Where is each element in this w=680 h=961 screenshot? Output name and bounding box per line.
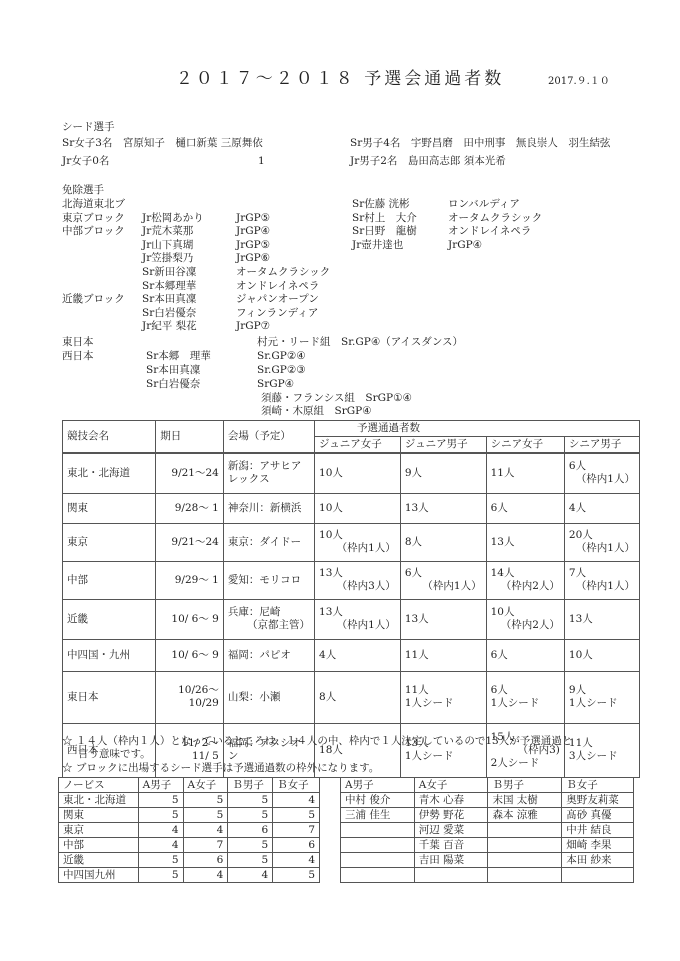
document-date: 2017.９.１０ — [548, 72, 610, 87]
region-cell: ノービス — [59, 778, 139, 793]
header-dates: 期日 — [156, 421, 224, 454]
count-cell: A男子 — [138, 778, 183, 793]
header-venue: 会場（予定） — [223, 421, 314, 454]
header-jr-men: ジュニア男子 — [400, 437, 486, 454]
count-cell: 5 — [138, 853, 183, 868]
sr-women-cell: 6人1人シード — [486, 671, 564, 723]
venue-cell: 兵庫：尼崎（京都主管） — [223, 599, 314, 639]
exempt-event: JrGP⑤ — [236, 212, 270, 226]
seed-name-cell: 中井 結良 — [562, 823, 634, 838]
exempt-heading: 免除選手 — [62, 184, 104, 198]
sr-women-cell: 13人 — [486, 523, 564, 561]
table-row: 中四国・九州10/ 6～ 9福岡：パピオ4人11人6人10人 — [63, 639, 640, 671]
jr-women-cell: 8人 — [315, 671, 401, 723]
seed-name-cell: 本田 紗来 — [562, 853, 634, 868]
jr-men-cell: 13人 — [400, 493, 486, 523]
exempt-name: Sr村上 大介 — [352, 212, 417, 226]
exempt-event: SrGP④ — [257, 378, 294, 392]
jr-men-cell: 11人1人シード — [400, 671, 486, 723]
exempt-name: Jr紀平 梨花 — [142, 320, 197, 334]
exempt-name: Jr荒木菜那 — [142, 225, 193, 239]
exempt-event: JrGP⑥ — [236, 252, 270, 266]
count-cell: 4 — [273, 793, 320, 808]
jr-men-cell: 11人 — [400, 639, 486, 671]
jr-men-cell: 8人 — [400, 523, 486, 561]
region-cell: 近畿 — [59, 853, 139, 868]
region-cell: 中四国九州 — [59, 868, 139, 883]
count-cell: 4 — [183, 823, 228, 838]
seed-name-cell: Ｂ女子 — [562, 778, 634, 793]
jr-women-cell: 13人（枠内3人） — [315, 561, 401, 599]
competition-cell: 中四国・九州 — [63, 639, 156, 671]
exempt-event: JrGP④ — [236, 225, 270, 239]
exempt-event: Sr.GP②④ — [257, 350, 306, 364]
exempt-event: JrGP⑤ — [236, 239, 270, 253]
count-cell: 6 — [273, 838, 320, 853]
novice-table: ノービスA男子A女子Ｂ男子Ｂ女子東北・北海道5554関東5555東京4467中部… — [58, 777, 320, 883]
exempt-block: 中部ブロック — [62, 225, 125, 239]
table-row — [341, 868, 634, 883]
exempt-name: Sr日野 龍樹 — [352, 225, 417, 239]
sr-women-cell: 11人 — [486, 453, 564, 493]
venue-cell: 神奈川：新横浜 — [223, 493, 314, 523]
seed-name-cell — [414, 868, 488, 883]
seed-name-cell — [488, 868, 562, 883]
seed-name-cell: 三浦 佳生 — [341, 808, 415, 823]
count-cell: 5 — [138, 793, 183, 808]
competition-cell: 東京 — [63, 523, 156, 561]
competition-cell: 関東 — [63, 493, 156, 523]
seeded-jr-women-extra: 1 — [258, 155, 265, 169]
count-cell: Ｂ女子 — [273, 778, 320, 793]
count-cell: 4 — [273, 853, 320, 868]
sr-men-cell: 10人 — [564, 639, 639, 671]
seed-name-cell: 青木 心春 — [414, 793, 488, 808]
exempt-pair: 須藤・フランシス組 SrGP①④ — [261, 392, 412, 406]
jr-women-cell: 4人 — [315, 639, 401, 671]
count-cell: 5 — [183, 793, 228, 808]
count-cell: 5 — [138, 868, 183, 883]
dates-cell: 10/ 6～ 9 — [156, 639, 224, 671]
table-row: 中村 俊介青木 心春末国 太樹奥野友莉菜 — [341, 793, 634, 808]
seed-name-cell — [341, 853, 415, 868]
count-cell: 5 — [138, 808, 183, 823]
exempt-name: Jr山下真瑚 — [142, 239, 193, 253]
exempt-west-label: 西日本 — [62, 350, 94, 364]
sr-men-cell: 4人 — [564, 493, 639, 523]
header-qualifiers: 予選通過者数 — [315, 421, 640, 437]
seed-name-cell — [488, 853, 562, 868]
exempt-name: Sr本田真凜 — [142, 293, 196, 307]
seeds-header-row: A男子A女子Ｂ男子Ｂ女子 — [341, 778, 634, 793]
count-cell: 6 — [228, 823, 273, 838]
note-1-cont: 言う意味です。 — [78, 746, 151, 761]
venue-cell: 愛知：モリコロ — [223, 561, 314, 599]
venue-cell: 東京：ダイドー — [223, 523, 314, 561]
exempt-name: Sr本郷理華 — [142, 280, 196, 294]
dates-cell: 9/21～24 — [156, 523, 224, 561]
table-row: 河辺 愛菜中井 結良 — [341, 823, 634, 838]
competition-cell: 近畿 — [63, 599, 156, 639]
exempt-right-list: Sr佐藤 洸彬 ロンバルディア Sr村上 大介 オータムクラシック Sr日野 龍… — [352, 198, 592, 254]
seed-name-cell — [488, 823, 562, 838]
table-row: 千葉 百音畑崎 李果 — [341, 838, 634, 853]
table-row: 東日本10/26～10/29山梨：小瀬8人11人1人シード6人1人シード9人1人… — [63, 671, 640, 723]
novice-header-row: ノービスA男子A女子Ｂ男子Ｂ女子 — [59, 778, 320, 793]
count-cell: 4 — [138, 838, 183, 853]
seed-name-cell — [341, 868, 415, 883]
count-cell: 6 — [183, 853, 228, 868]
jr-women-cell: 10人 — [315, 493, 401, 523]
seed-name-cell: 森本 涼雅 — [488, 808, 562, 823]
count-cell: 5 — [228, 853, 273, 868]
jr-men-cell: 9人 — [400, 453, 486, 493]
jr-women-cell: 10人（枠内1人） — [315, 523, 401, 561]
seeded-jr-men: Jr男子2名 島田高志郎 須本光希 — [350, 155, 506, 169]
exempt-pair: 須崎・木原組 SrGP④ — [261, 405, 372, 419]
dates-cell: 10/26～10/29 — [156, 671, 224, 723]
table-row: 中部4756 — [59, 838, 320, 853]
exempt-east-text: 村元・リード組 Sr.GP④（アイスダンス） — [257, 336, 463, 350]
seed-name-cell: 伊勢 野花 — [414, 808, 488, 823]
dates-cell: 9/28～ 1 — [156, 493, 224, 523]
note-2: ☆ ブロックに出場するシード選手は予選通過数の枠外になります。 — [62, 760, 379, 775]
sr-women-cell: 10人（枠内2人） — [486, 599, 564, 639]
exempt-name: Jr松岡あかり — [142, 212, 204, 226]
seed-name-cell: 髙砂 真優 — [562, 808, 634, 823]
exempt-name: Sr本郷 理華 — [146, 350, 211, 364]
seed-name-cell: A女子 — [414, 778, 488, 793]
table-row: 東北・北海道5554 — [59, 793, 320, 808]
jr-men-cell: 6人（枠内1人） — [400, 561, 486, 599]
exempt-east-label: 東日本 — [62, 336, 94, 350]
exempt-left-list: 北海道東北ブ 東京ブロック Jr松岡あかり JrGP⑤ 中部ブロック Jr荒木菜… — [62, 198, 332, 334]
exempt-event: Sr.GP②③ — [257, 364, 306, 378]
count-cell: 5 — [228, 793, 273, 808]
count-cell: 4 — [138, 823, 183, 838]
exempt-name: Sr白岩優奈 — [142, 307, 196, 321]
sr-men-cell: 9人1人シード — [564, 671, 639, 723]
exempt-block: 東京ブロック — [62, 212, 125, 226]
table-row: 中部9/29～ 1愛知：モリコロ13人（枠内3人）6人（枠内1人）14人（枠内2… — [63, 561, 640, 599]
header-competition: 競技会名 — [63, 421, 156, 454]
seed-name-cell: 河辺 愛菜 — [414, 823, 488, 838]
seed-name-cell: 奥野友莉菜 — [562, 793, 634, 808]
venue-cell: 福岡：パピオ — [223, 639, 314, 671]
seed-name-cell — [341, 838, 415, 853]
table-row: 近畿10/ 6～ 9兵庫：尼崎（京都主管）13人（枠内1人）13人10人（枠内2… — [63, 599, 640, 639]
table-row: 三浦 佳生伊勢 野花森本 涼雅髙砂 真優 — [341, 808, 634, 823]
exempt-event: オータムクラシック — [236, 266, 330, 280]
sr-men-cell: 6人（枠内1人） — [564, 453, 639, 493]
exempt-block: 北海道東北ブ — [62, 198, 125, 212]
venue-cell: 山梨：小瀬 — [223, 671, 314, 723]
seed-name-cell: 畑崎 李果 — [562, 838, 634, 853]
jr-men-cell: 13人1人シード — [400, 723, 486, 777]
header-jr-women: ジュニア女子 — [315, 437, 401, 454]
count-cell: 5 — [273, 868, 320, 883]
table-row: 東京9/21～24東京：ダイドー10人（枠内1人）8人13人20人（枠内1人） — [63, 523, 640, 561]
seed-name-cell: A男子 — [341, 778, 415, 793]
table-row: 中四国九州5445 — [59, 868, 320, 883]
seed-name-cell — [341, 823, 415, 838]
count-cell: 4 — [183, 868, 228, 883]
sr-women-cell: 6人 — [486, 493, 564, 523]
dates-cell: 10/ 6～ 9 — [156, 599, 224, 639]
competition-cell: 東北・北海道 — [63, 453, 156, 493]
dates-cell: 9/29～ 1 — [156, 561, 224, 599]
exempt-event: ジャパンオープン — [236, 293, 319, 307]
seeded-sr-men: Sr男子4名 宇野昌磨 田中刑事 無良崇人 羽生結弦 — [350, 137, 610, 151]
table-row: 東京4467 — [59, 823, 320, 838]
region-cell: 東京 — [59, 823, 139, 838]
seed-name-cell: 末国 太樹 — [488, 793, 562, 808]
sr-men-cell: 13人 — [564, 599, 639, 639]
exempt-event: オータムクラシック — [448, 212, 542, 226]
dates-cell: 9/21～24 — [156, 453, 224, 493]
exempt-name: Sr佐藤 洸彬 — [352, 198, 410, 212]
table-row: 吉田 陽菜本田 紗来 — [341, 853, 634, 868]
exempt-event: オンドレイネペラ — [236, 280, 319, 294]
exempt-event: オンドレイネペラ — [448, 225, 531, 239]
region-cell: 関東 — [59, 808, 139, 823]
sr-men-cell: 7人（枠内1人） — [564, 561, 639, 599]
qualifiers-table: 競技会名 期日 会場（予定） 予選通過者数 ジュニア女子 ジュニア男子 シニア女… — [62, 420, 640, 778]
jr-women-cell: 13人（枠内1人） — [315, 599, 401, 639]
exempt-name: Sr新田谷凜 — [142, 266, 196, 280]
region-cell: 中部 — [59, 838, 139, 853]
exempt-event: JrGP⑦ — [236, 320, 270, 334]
count-cell: 5 — [228, 838, 273, 853]
seed-name-cell: Ｂ男子 — [488, 778, 562, 793]
count-cell: 5 — [273, 808, 320, 823]
seed-name-cell — [562, 868, 634, 883]
table-row: 関東5555 — [59, 808, 320, 823]
header-sr-men: シニア男子 — [564, 437, 639, 454]
competition-cell: 東日本 — [63, 671, 156, 723]
count-cell: 4 — [228, 868, 273, 883]
count-cell: 7 — [273, 823, 320, 838]
seed-name-cell — [488, 838, 562, 853]
seeded-jr-women: Jr女子0名 — [62, 155, 109, 169]
sr-women-cell: 15人（枠内3)2人シード — [486, 723, 564, 777]
count-cell: A女子 — [183, 778, 228, 793]
table-row: 東北・北海道9/21～24新潟：アサヒアレックス10人9人11人6人（枠内1人） — [63, 453, 640, 493]
exempt-event: ロンバルディア — [448, 198, 520, 212]
seeded-heading: シード選手 — [62, 121, 115, 135]
novice-seeds-table: A男子A女子Ｂ男子Ｂ女子中村 俊介青木 心春末国 太樹奥野友莉菜三浦 佳生伊勢 … — [340, 777, 634, 883]
jr-men-cell: 13人 — [400, 599, 486, 639]
region-cell: 東北・北海道 — [59, 793, 139, 808]
table-row: 近畿5654 — [59, 853, 320, 868]
sr-men-cell: 11人3人シード — [564, 723, 639, 777]
header-sr-women: シニア女子 — [486, 437, 564, 454]
count-cell: 7 — [183, 838, 228, 853]
exempt-event: フィンランディア — [236, 307, 318, 321]
seed-name-cell: 吉田 陽菜 — [414, 853, 488, 868]
sr-men-cell: 20人（枠内1人） — [564, 523, 639, 561]
count-cell: Ｂ男子 — [228, 778, 273, 793]
exempt-name: Jr笠掛梨乃 — [142, 252, 193, 266]
table-row: 関東9/28～ 1神奈川：新横浜10人13人6人4人 — [63, 493, 640, 523]
competition-cell: 中部 — [63, 561, 156, 599]
seeded-sr-women: Sr女子3名 宮原知子 樋口新葉 三原舞依 — [62, 137, 263, 151]
sr-women-cell: 6人 — [486, 639, 564, 671]
exempt-name: Sr白岩優奈 — [146, 378, 200, 392]
exempt-event: JrGP④ — [448, 239, 482, 253]
exempt-block: 近畿ブロック — [62, 293, 125, 307]
jr-women-cell: 10人 — [315, 453, 401, 493]
exempt-name: Sr本田真凜 — [146, 364, 200, 378]
sr-women-cell: 14人（枠内2人） — [486, 561, 564, 599]
seed-name-cell: 千葉 百音 — [414, 838, 488, 853]
seed-name-cell: 中村 俊介 — [341, 793, 415, 808]
count-cell: 5 — [228, 808, 273, 823]
exempt-name: Jr壺井達也 — [352, 239, 403, 253]
venue-cell: 新潟：アサヒアレックス — [223, 453, 314, 493]
count-cell: 5 — [183, 808, 228, 823]
